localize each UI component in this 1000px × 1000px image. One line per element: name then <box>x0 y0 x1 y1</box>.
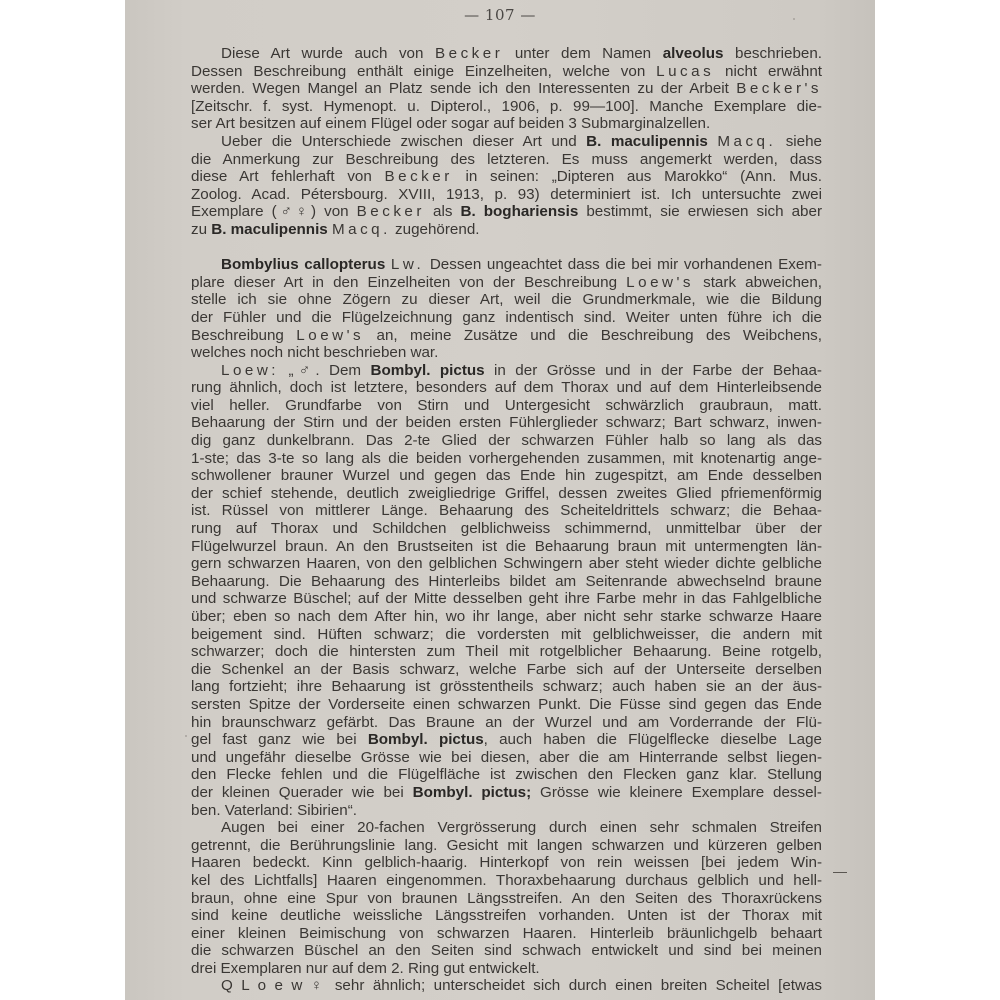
text-run: der Fühler und die Flügelzeichnung ganz … <box>191 309 822 326</box>
text-run: unter dem Namen <box>503 45 662 62</box>
text-line: der kleinen Querader wie bei Bombyl. pic… <box>191 784 822 802</box>
author-name: Loew's <box>296 327 364 344</box>
text-run: Ueber die Unterschiede zwischen dieser A… <box>221 133 586 150</box>
text-run: diese Art fehlerhaft von <box>191 168 385 185</box>
text-line: plare dieser Art in den Einzelheiten von… <box>191 274 822 292</box>
text-run: siehe <box>776 133 822 150</box>
text-run: die schwarzen Büschel an den Seiten sind… <box>191 942 822 959</box>
text-line: diese Art fehlerhaft von Becker in seine… <box>191 168 822 186</box>
text-run: sersten Spitze der Vorderseite einen sch… <box>191 696 822 713</box>
text-run: rung auf Thorax und Schildchen gelblichw… <box>191 520 822 537</box>
text-line: viel heller. Grundfarbe von Stirn und Un… <box>191 397 822 415</box>
species-name: Bombyl. pictus <box>368 731 484 748</box>
text-line: Behaarung. Die Behaarung des Hinterleibs… <box>191 573 822 591</box>
text-line: dig ganz dunkelbrann. Das 2-te Glied der… <box>191 432 822 450</box>
species-name: Bombyl. pictus; <box>413 784 532 801</box>
text-line: die Schenkel an der Basis schwarz, welch… <box>191 661 822 679</box>
text-line: Bombylius callopterus Lw. Dessen ungeach… <box>191 256 822 274</box>
text-run: Beschreibung <box>191 327 296 344</box>
text-line: welches noch nicht beschrieben war. <box>191 344 822 362</box>
paragraph-p5: Augen bei einer 20-fachen Vergrösserung … <box>191 819 822 977</box>
text-run: ser Art besitzen auf einem Flügel oder s… <box>191 115 710 132</box>
text-run: getrennt, die Berührungslinie lang. Gesi… <box>191 837 822 854</box>
text-run: rung ähnlich, doch ist letztere, besonde… <box>191 379 822 396</box>
text-run: welches noch nicht beschrieben war. <box>191 344 438 361</box>
paragraph-gap <box>191 239 822 257</box>
text-line: stelle ich sie ohne Zögern zu dieser Art… <box>191 291 822 309</box>
text-run: braun, ohne eine Spur von braunen Längss… <box>191 890 822 907</box>
author-name: Macq. <box>332 221 391 238</box>
text-line: Diese Art wurde auch von Becker unter de… <box>191 45 822 63</box>
text-line: schwollener brauner Wurzel und gegen das… <box>191 467 822 485</box>
text-run: einer kleinen Beimischung von schwarzen … <box>191 925 822 942</box>
text-line: 1-ste; das 3-te so lang als die beiden v… <box>191 450 822 468</box>
text-run: Zoolog. Acad. Pétersbourg. XVIII, 1913, … <box>191 186 822 203</box>
text-line: Exemplare (♂♀) von Becker als B. boghari… <box>191 203 822 221</box>
text-run: und ungefähr dieselbe Grösse wie bei die… <box>191 749 822 766</box>
text-run: beigement sind. Hüften schwarz; die vord… <box>191 626 822 643</box>
text-line: gern schwarzen Haaren, von den gelbliche… <box>191 555 822 573</box>
text-run: [Zeitschr. f. syst. Hymenopt. u. Diptero… <box>191 98 822 115</box>
paragraph-p3: Bombylius callopterus Lw. Dessen ungeach… <box>191 256 822 362</box>
text-line: und ungefähr dieselbe Grösse wie bei die… <box>191 749 822 767</box>
text-run: schwollener brauner Wurzel und gegen das… <box>191 467 822 484</box>
text-run: sind keine deutliche weissliche Längsstr… <box>191 907 822 924</box>
text-run: Behaarung der Stirn und der beiden erste… <box>191 414 822 431</box>
species-name: Bombyl. pictus <box>371 362 485 379</box>
text-line: beigement sind. Hüften schwarz; die vord… <box>191 626 822 644</box>
text-line: rung auf Thorax und Schildchen gelblichw… <box>191 520 822 538</box>
text-line: hin braunschwarz gefärbt. Das Braune an … <box>191 714 822 732</box>
text-line: ben. Vaterland: Sibirien“. <box>191 802 822 820</box>
text-line: der schief stehende, deutlich zweigliedr… <box>191 485 822 503</box>
text-run: ben. Vaterland: Sibirien“. <box>191 802 357 819</box>
paper-speck <box>793 18 795 20</box>
text-run: nicht erwähnt <box>714 63 822 80</box>
text-run: drei Exemplaren nur auf dem 2. Ring gut … <box>191 960 540 977</box>
text-line: zu B. maculipennis Macq. zugehörend. <box>191 221 822 239</box>
book-page: — 107 — Diese Art wurde auch von Becker … <box>125 0 875 1000</box>
text-line: getrennt, die Berührungslinie lang. Gesi… <box>191 837 822 855</box>
text-run: und schwarze Büschel; auf der Mitte dess… <box>191 590 822 607</box>
text-line: Flügelwurzel braun. An den Brustseiten i… <box>191 538 822 556</box>
text-line: Haaren bedeckt. Kinn gelblich-haarig. Hi… <box>191 854 822 872</box>
text-line: drei Exemplaren nur auf dem 2. Ring gut … <box>191 960 822 978</box>
text-run: stelle ich sie ohne Zögern zu dieser Art… <box>191 291 822 308</box>
text-run: Flügelwurzel braun. An den Brustseiten i… <box>191 538 822 555</box>
text-run: Exemplare (♂♀) von <box>191 203 357 220</box>
author-name: Becker <box>357 203 425 220</box>
text-run: Behaarung. Die Behaarung des Hinterleibs… <box>191 573 822 590</box>
text-line: Dessen Beschreibung enthält einige Einze… <box>191 63 822 81</box>
text-run: Dessen Beschreibung enthält einige Einze… <box>191 63 656 80</box>
text-run: zugehörend. <box>391 221 480 238</box>
species-name: alveolus <box>663 45 724 62</box>
text-run: Haaren bedeckt. Kinn gelblich-haarig. Hi… <box>191 854 822 871</box>
text-line: Beschreibung Loew's an, meine Zusätze un… <box>191 327 822 345</box>
text-line: kel des Lichtfalls] Haaren eingenommen. … <box>191 872 822 890</box>
text-run: , auch haben die Flügelflecke dieselbe L… <box>484 731 822 748</box>
text-run: beschrieben. <box>723 45 822 62</box>
text-run: stark abweichen, <box>694 274 822 291</box>
paragraph-p6: Q L o e w ♀ sehr ähnlich; unterscheidet … <box>191 977 822 995</box>
text-run: Q L o e w ♀ sehr ähnlich; unterscheidet … <box>221 977 822 994</box>
text-line: schwarzer; doch die hintersten zum Theil… <box>191 643 822 661</box>
text-run: der schief stehende, deutlich zweigliedr… <box>191 485 822 502</box>
text-line: und schwarze Büschel; auf der Mitte dess… <box>191 590 822 608</box>
text-run: lang fortzieht; ihre Behaarung ist gröss… <box>191 678 822 695</box>
species-name: B. maculipennis <box>211 221 327 238</box>
text-line: ist. Rüssel von mittlerer Länge. Behaaru… <box>191 502 822 520</box>
text-run: plare dieser Art in den Einzelheiten von… <box>191 274 626 291</box>
text-run: Dessen ungeachtet dass die bei mir vorha… <box>424 256 822 273</box>
text-line: werden. Wegen Mangel an Platz sende ich … <box>191 80 822 98</box>
text-line: Loew: „♂. Dem Bombyl. pictus in der Grös… <box>191 362 822 380</box>
text-run: zu <box>191 221 211 238</box>
text-run: die Schenkel an der Basis schwarz, welch… <box>191 661 822 678</box>
text-line: die schwarzen Büschel an den Seiten sind… <box>191 942 822 960</box>
text-run: in der Grösse und in der Farbe der Behaa… <box>485 362 822 379</box>
text-run: den Flecke fehlen und die Flügelfläche i… <box>191 766 822 783</box>
text-run: hin braunschwarz gefärbt. Das Braune an … <box>191 714 822 731</box>
species-name: B. maculipennis <box>586 133 708 150</box>
text-line: sind keine deutliche weissliche Längsstr… <box>191 907 822 925</box>
text-run: als <box>425 203 461 220</box>
text-line: braun, ohne eine Spur von braunen Längss… <box>191 890 822 908</box>
species-name: Bombylius callopterus <box>221 256 385 273</box>
text-line: den Flecke fehlen und die Flügelfläche i… <box>191 766 822 784</box>
text-run: in seinen: „Dipteren aus Marokko“ (Ann. … <box>453 168 822 185</box>
text-run: über; eben so nach dem After hin, wo ihr… <box>191 608 822 625</box>
text-line: einer kleinen Beimischung von schwarzen … <box>191 925 822 943</box>
text-run: „♂. Dem <box>279 362 371 379</box>
text-line: gel fast ganz wie bei Bombyl. pictus, au… <box>191 731 822 749</box>
page-number: — 107 — <box>125 6 875 24</box>
author-name: Macq. <box>717 133 776 150</box>
author-name: Loew's <box>626 274 694 291</box>
paper-speck <box>185 735 187 737</box>
margin-pencil-mark <box>833 872 847 873</box>
text-run: die Anmerkung zur Beschreibung des letzt… <box>191 151 822 168</box>
text-line: [Zeitschr. f. syst. Hymenopt. u. Diptero… <box>191 98 822 116</box>
text-run: Augen bei einer 20-fachen Vergrösserung … <box>221 819 822 836</box>
paragraph-p1: Diese Art wurde auch von Becker unter de… <box>191 45 822 133</box>
text-line: die Anmerkung zur Beschreibung des letzt… <box>191 151 822 169</box>
text-line: Zoolog. Acad. Pétersbourg. XVIII, 1913, … <box>191 186 822 204</box>
text-line: Augen bei einer 20-fachen Vergrösserung … <box>191 819 822 837</box>
text-run: werden. Wegen Mangel an Platz sende ich … <box>191 80 736 97</box>
text-line: sersten Spitze der Vorderseite einen sch… <box>191 696 822 714</box>
text-line: über; eben so nach dem After hin, wo ihr… <box>191 608 822 626</box>
text-run: viel heller. Grundfarbe von Stirn und Un… <box>191 397 822 414</box>
text-run: ist. Rüssel von mittlerer Länge. Behaaru… <box>191 502 822 519</box>
text-line: der Fühler und die Flügelzeichnung ganz … <box>191 309 822 327</box>
text-run: Grösse wie kleinere Exemplare dessel- <box>531 784 822 801</box>
author-name: Loew: <box>221 362 279 379</box>
text-line: Q L o e w ♀ sehr ähnlich; unterscheidet … <box>191 977 822 995</box>
author-name: Becker <box>385 168 453 185</box>
species-name: B. boghariensis <box>461 203 579 220</box>
text-line: ser Art besitzen auf einem Flügel oder s… <box>191 115 822 133</box>
author-name: Becker <box>435 45 503 62</box>
text-run: an, meine Zusätze und die Beschreibung d… <box>364 327 822 344</box>
author-name: Lucas <box>656 63 714 80</box>
text-run: kel des Lichtfalls] Haaren eingenommen. … <box>191 872 822 889</box>
text-line: rung ähnlich, doch ist letztere, besonde… <box>191 379 822 397</box>
text-run: bestimmt, sie erwiesen sich aber <box>578 203 822 220</box>
text-run: gel fast ganz wie bei <box>191 731 368 748</box>
text-run: 1-ste; das 3-te so lang als die beiden v… <box>191 450 822 467</box>
text-run <box>708 133 717 150</box>
text-run: schwarzer; doch die hintersten zum Theil… <box>191 643 822 660</box>
text-run: dig ganz dunkelbrann. Das 2-te Glied der… <box>191 432 822 449</box>
paragraph-p2: Ueber die Unterschiede zwischen dieser A… <box>191 133 822 239</box>
text-line: Ueber die Unterschiede zwischen dieser A… <box>191 133 822 151</box>
paragraph-p4: Loew: „♂. Dem Bombyl. pictus in der Grös… <box>191 362 822 819</box>
text-run: Diese Art wurde auch von <box>221 45 435 62</box>
author-name: Becker's <box>736 80 822 97</box>
text-line: lang fortzieht; ihre Behaarung ist gröss… <box>191 678 822 696</box>
text-run: der kleinen Querader wie bei <box>191 784 413 801</box>
text-run: gern schwarzen Haaren, von den gelbliche… <box>191 555 822 572</box>
text-line: Behaarung der Stirn und der beiden erste… <box>191 414 822 432</box>
author-name: Lw. <box>391 256 424 273</box>
body-text: Diese Art wurde auch von Becker unter de… <box>191 45 822 995</box>
